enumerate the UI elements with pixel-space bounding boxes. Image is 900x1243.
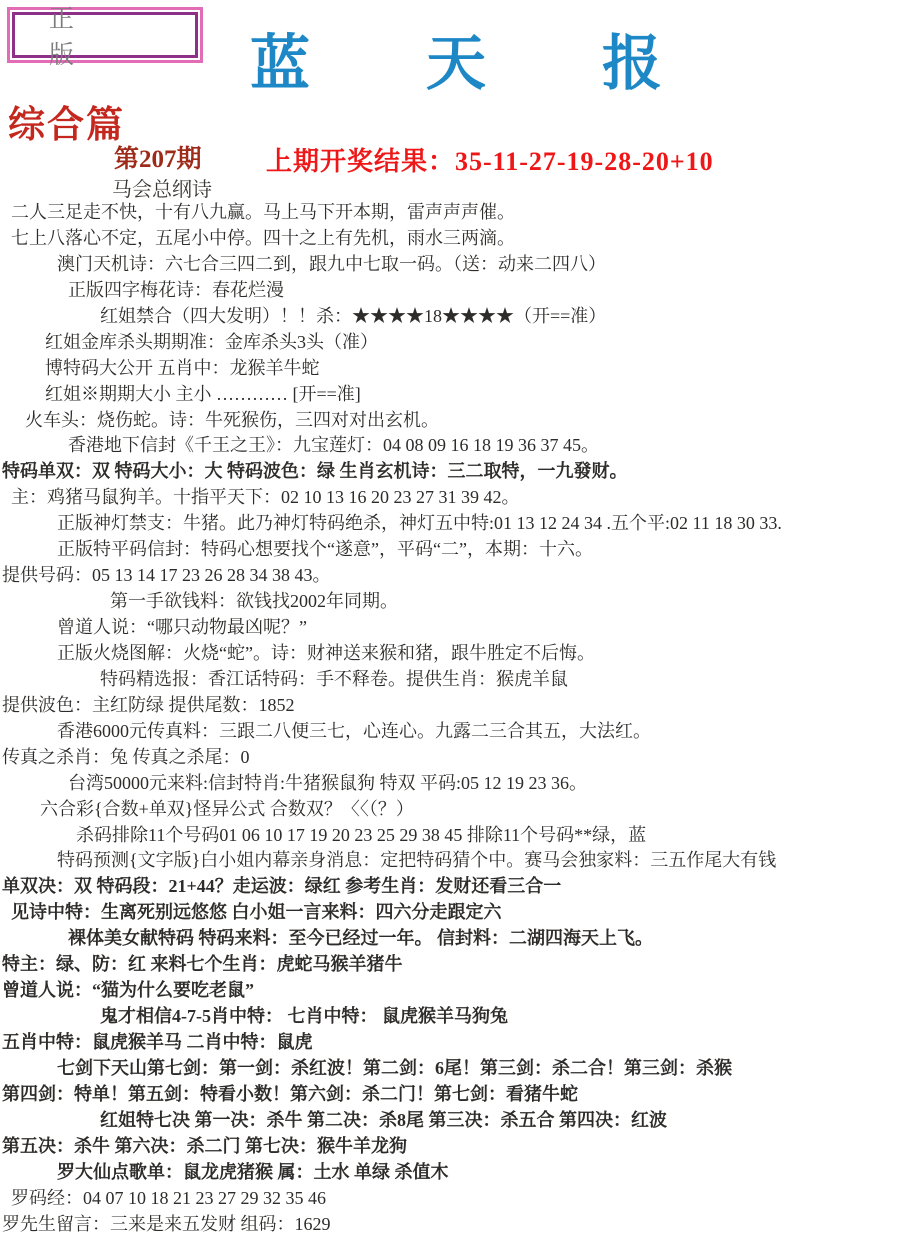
content-line: 红姐金库杀头期期准：金库杀头3头（准） [0, 330, 900, 356]
content-line: 正版四字梅花诗：春花烂漫 [0, 278, 900, 304]
content-block: 二人三足走不快，十有八九赢。马上马下开本期，雷声声声催。 七上八落心不定，五尾小… [0, 200, 900, 1238]
content-line: 传真之杀肖：兔 传真之杀尾：0 [0, 745, 900, 771]
content-line: 五肖中特：鼠虎猴羊马 二肖中特：鼠虎 [0, 1030, 900, 1056]
content-line: 特码预测{文字版}白小姐内幕亲身消息：定把特码猜个中。赛马会独家料：三五作尾大有… [0, 848, 900, 874]
content-line: 澳门天机诗：六七合三四二到，跟九中七取一码。（送：动来二四八） [0, 252, 900, 278]
content-line: 红姐禁合（四大发明）！！杀：★★★★18★★★★（开==准） [0, 304, 900, 330]
content-line: 红姐※期期大小 主小 ………… [开==准] [0, 382, 900, 408]
content-line: 特码精选报：香江话特码：手不释卷。提供生肖：猴虎羊鼠 [0, 667, 900, 693]
section-title: 综合篇 [8, 94, 125, 148]
content-line: 正版神灯禁支：牛猪。此乃神灯特码绝杀，神灯五中特:01 13 12 24 34 … [0, 511, 900, 537]
content-line: 罗先生留言：三来是来五发财 组码：1629 [0, 1212, 900, 1238]
content-line: 火车头：烧伤蛇。诗：牛死猴伤，三四对对出玄机。 [0, 408, 900, 434]
paper-title: 蓝 天 报 [0, 16, 900, 102]
content-line: 鬼才相信4-7-5肖中特： 七肖中特： 鼠虎猴羊马狗兔 [0, 1004, 900, 1030]
content-line: 主：鸡猪马鼠狗羊。十指平天下：02 10 13 16 20 23 27 31 3… [0, 485, 900, 511]
content-line: 第四剑：特单！第五剑：特看小数！第六剑：杀二门！第七剑：看猪牛蛇 [0, 1082, 900, 1108]
content-line: 正版特平码信封：特码心想要找个“遂意”，平码“二”，本期：十六。 [0, 537, 900, 563]
poem-heading: 马会总纲诗 [112, 173, 212, 202]
content-line: 六合彩{合数+单双}怪异公式 合数双？〈〈（？） [0, 797, 900, 823]
newspaper-page: 正 版 蓝 天 报 综合篇 第207期 上期开奖结果：35-11-27-19-2… [0, 0, 900, 1243]
content-line: 提供波色：主红防绿 提供尾数：1852 [0, 693, 900, 719]
content-line: 正版火烧图解：火烧“蛇”。诗：财神送来猴和猪，跟牛胜定不后悔。 [0, 641, 900, 667]
content-line: 杀码排除11个号码01 06 10 17 19 20 23 25 29 38 4… [0, 823, 900, 849]
content-line: 红姐特七决 第一决：杀牛 第二决：杀8尾 第三决：杀五合 第四决：红波 [0, 1108, 900, 1134]
content-line: 裸体美女献特码 特码来料：至今已经过一年。 信封料：二湖四海天上飞。 [0, 926, 900, 952]
content-line: 香港地下信封《千王之王》：九宝莲灯：04 08 09 16 18 19 36 3… [0, 433, 900, 459]
content-line: 第一手欲钱料：欲钱找2002年同期。 [0, 589, 900, 615]
content-line: 七上八落心不定，五尾小中停。四十之上有先机，雨水三两滴。 [0, 226, 900, 252]
content-line: 特主：绿、防：红 来料七个生肖：虎蛇马猴羊猪牛 [0, 952, 900, 978]
content-line: 提供号码：05 13 14 17 23 26 28 34 38 43。 [0, 563, 900, 589]
content-line: 见诗中特：生离死别远悠悠 白小姐一言来料：四六分走跟定六 [0, 900, 900, 926]
content-line: 博特码大公开 五肖中：龙猴羊牛蛇 [0, 356, 900, 382]
content-line: 第五决：杀牛 第六决：杀二门 第七决：猴牛羊龙狗 [0, 1134, 900, 1160]
content-line: 单双决：双 特码段：21+44？走运波：绿红 参考生肖：发财还看三合一 [0, 874, 900, 900]
content-line: 香港6000元传真料：三跟二八便三七，心连心。九露二三合其五，大法红。 [0, 719, 900, 745]
previous-draw-result: 上期开奖结果：35-11-27-19-28-20+10 [266, 141, 714, 178]
content-line: 七剑下天山第七剑：第一剑：杀红波！第二剑：6尾！第三剑：杀二合！第三剑：杀猴 [0, 1056, 900, 1082]
content-line: 罗码经：04 07 10 18 21 23 27 29 32 35 46 [0, 1186, 900, 1212]
content-line: 二人三足走不快，十有八九赢。马上马下开本期，雷声声声催。 [0, 200, 900, 226]
content-line: 罗大仙点歌单：鼠龙虎猪猴 属：土水 单绿 杀值木 [0, 1160, 900, 1186]
content-line: 台湾50000元来料:信封特肖:牛猪猴鼠狗 特双 平码:05 12 19 23 … [0, 771, 900, 797]
content-line: 曾道人说：“哪只动物最凶呢？” [0, 615, 900, 641]
content-line: 曾道人说：“猫为什么要吃老鼠” [0, 978, 900, 1004]
content-line: 特码单双：双 特码大小：大 特码波色：绿 生肖玄机诗：三二取特，一九發财。 [0, 459, 900, 485]
issue-number: 第207期 [114, 139, 202, 175]
